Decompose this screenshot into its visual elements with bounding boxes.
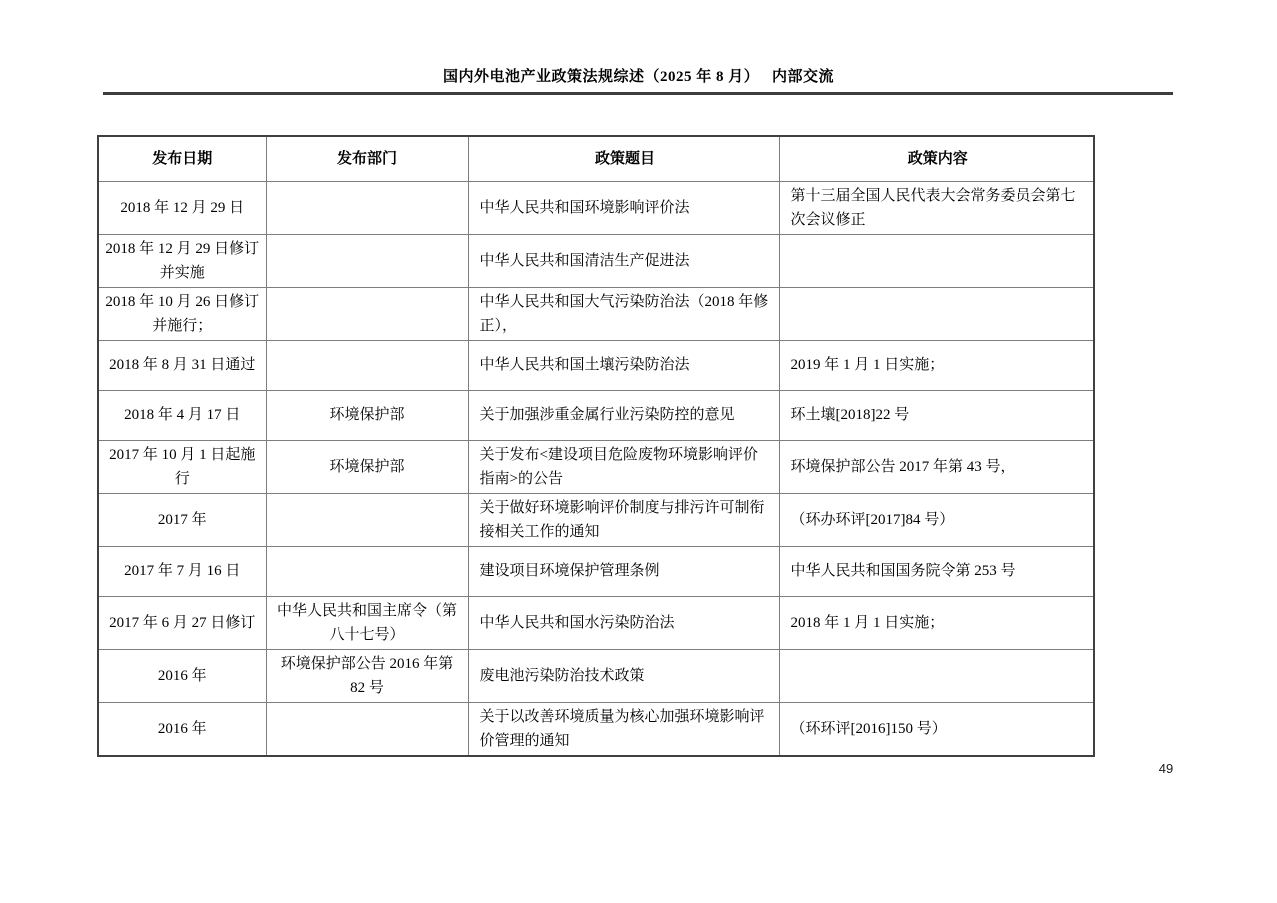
cell-policy-title: 关于发布<建设项目危险废物环境影响评价指南>的公告 <box>468 440 779 493</box>
cell-publish-date: 2017 年 6 月 27 日修订 <box>98 596 266 649</box>
cell-policy-content: 2019 年 1 月 1 日实施； <box>779 340 1094 390</box>
cell-policy-title: 中华人民共和国土壤污染防治法 <box>468 340 779 390</box>
cell-department: 中华人民共和国主席令（第八十七号） <box>266 596 468 649</box>
cell-policy-title: 建设项目环境保护管理条例 <box>468 546 779 596</box>
cell-publish-date: 2018 年 12 月 29 日 <box>98 181 266 234</box>
cell-policy-title: 废电池污染防治技术政策 <box>468 649 779 702</box>
cell-policy-content: （环办环评[2017]84 号） <box>779 493 1094 546</box>
cell-department <box>266 702 468 756</box>
table-row: 2017 年关于做好环境影响评价制度与排污许可制衔接相关工作的通知（环办环评[2… <box>98 493 1094 546</box>
document-header-title: 国内外电池产业政策法规综述（2025 年 8 月） 内部交流 <box>0 65 1277 86</box>
cell-department <box>266 546 468 596</box>
table-row: 2018 年 4 月 17 日环境保护部关于加强涉重金属行业污染防控的意见环土壤… <box>98 390 1094 440</box>
cell-policy-content <box>779 649 1094 702</box>
cell-department <box>266 181 468 234</box>
table-row: 2018 年 12 月 29 日中华人民共和国环境影响评价法第十三届全国人民代表… <box>98 181 1094 234</box>
table-row: 2016 年环境保护部公告 2016 年第 82 号废电池污染防治技术政策 <box>98 649 1094 702</box>
column-header-policy-title: 政策题目 <box>468 136 779 181</box>
cell-publish-date: 2016 年 <box>98 649 266 702</box>
column-header-policy-content: 政策内容 <box>779 136 1094 181</box>
cell-department <box>266 493 468 546</box>
cell-department: 环境保护部公告 2016 年第 82 号 <box>266 649 468 702</box>
table-row: 2018 年 8 月 31 日通过中华人民共和国土壤污染防治法2019 年 1 … <box>98 340 1094 390</box>
column-header-department: 发布部门 <box>266 136 468 181</box>
table-row: 2018 年 12 月 29 日修订并实施中华人民共和国清洁生产促进法 <box>98 234 1094 287</box>
header-rule <box>103 92 1173 95</box>
cell-department <box>266 287 468 340</box>
cell-policy-title: 中华人民共和国大气污染防治法（2018 年修正）， <box>468 287 779 340</box>
cell-policy-title: 中华人民共和国水污染防治法 <box>468 596 779 649</box>
policy-table: 发布日期 发布部门 政策题目 政策内容 2018 年 12 月 29 日中华人民… <box>97 135 1095 757</box>
cell-publish-date: 2018 年 12 月 29 日修订并实施 <box>98 234 266 287</box>
cell-publish-date: 2017 年 <box>98 493 266 546</box>
table-row: 2017 年 10 月 1 日起施行环境保护部关于发布<建设项目危险废物环境影响… <box>98 440 1094 493</box>
cell-department <box>266 234 468 287</box>
cell-policy-title: 中华人民共和国环境影响评价法 <box>468 181 779 234</box>
document-page: 国内外电池产业政策法规综述（2025 年 8 月） 内部交流 发布日期 发布部门… <box>0 0 1277 903</box>
cell-policy-content: 环境保护部公告 2017 年第 43 号， <box>779 440 1094 493</box>
cell-policy-content: 环土壤[2018]22 号 <box>779 390 1094 440</box>
table-body: 2018 年 12 月 29 日中华人民共和国环境影响评价法第十三届全国人民代表… <box>98 181 1094 756</box>
cell-department: 环境保护部 <box>266 390 468 440</box>
cell-publish-date: 2017 年 7 月 16 日 <box>98 546 266 596</box>
table-row: 2016 年关于以改善环境质量为核心加强环境影响评价管理的通知（环环评[2016… <box>98 702 1094 756</box>
table-row: 2017 年 7 月 16 日建设项目环境保护管理条例中华人民共和国国务院令第 … <box>98 546 1094 596</box>
cell-publish-date: 2018 年 4 月 17 日 <box>98 390 266 440</box>
cell-policy-content <box>779 287 1094 340</box>
column-header-publish-date: 发布日期 <box>98 136 266 181</box>
page-number: 49 <box>1146 761 1186 776</box>
cell-policy-content: 第十三届全国人民代表大会常务委员会第七次会议修正 <box>779 181 1094 234</box>
cell-policy-title: 关于做好环境影响评价制度与排污许可制衔接相关工作的通知 <box>468 493 779 546</box>
cell-policy-content: 2018 年 1 月 1 日实施； <box>779 596 1094 649</box>
cell-policy-title: 中华人民共和国清洁生产促进法 <box>468 234 779 287</box>
cell-policy-title: 关于以改善环境质量为核心加强环境影响评价管理的通知 <box>468 702 779 756</box>
cell-policy-content: （环环评[2016]150 号） <box>779 702 1094 756</box>
cell-department <box>266 340 468 390</box>
cell-policy-content: 中华人民共和国国务院令第 253 号 <box>779 546 1094 596</box>
cell-policy-content <box>779 234 1094 287</box>
cell-publish-date: 2016 年 <box>98 702 266 756</box>
table-row: 2017 年 6 月 27 日修订中华人民共和国主席令（第八十七号）中华人民共和… <box>98 596 1094 649</box>
cell-publish-date: 2018 年 8 月 31 日通过 <box>98 340 266 390</box>
cell-publish-date: 2017 年 10 月 1 日起施行 <box>98 440 266 493</box>
cell-policy-title: 关于加强涉重金属行业污染防控的意见 <box>468 390 779 440</box>
cell-publish-date: 2018 年 10 月 26 日修订并施行； <box>98 287 266 340</box>
table-header-row: 发布日期 发布部门 政策题目 政策内容 <box>98 136 1094 181</box>
table-header: 发布日期 发布部门 政策题目 政策内容 <box>98 136 1094 181</box>
table-row: 2018 年 10 月 26 日修订并施行；中华人民共和国大气污染防治法（201… <box>98 287 1094 340</box>
cell-department: 环境保护部 <box>266 440 468 493</box>
